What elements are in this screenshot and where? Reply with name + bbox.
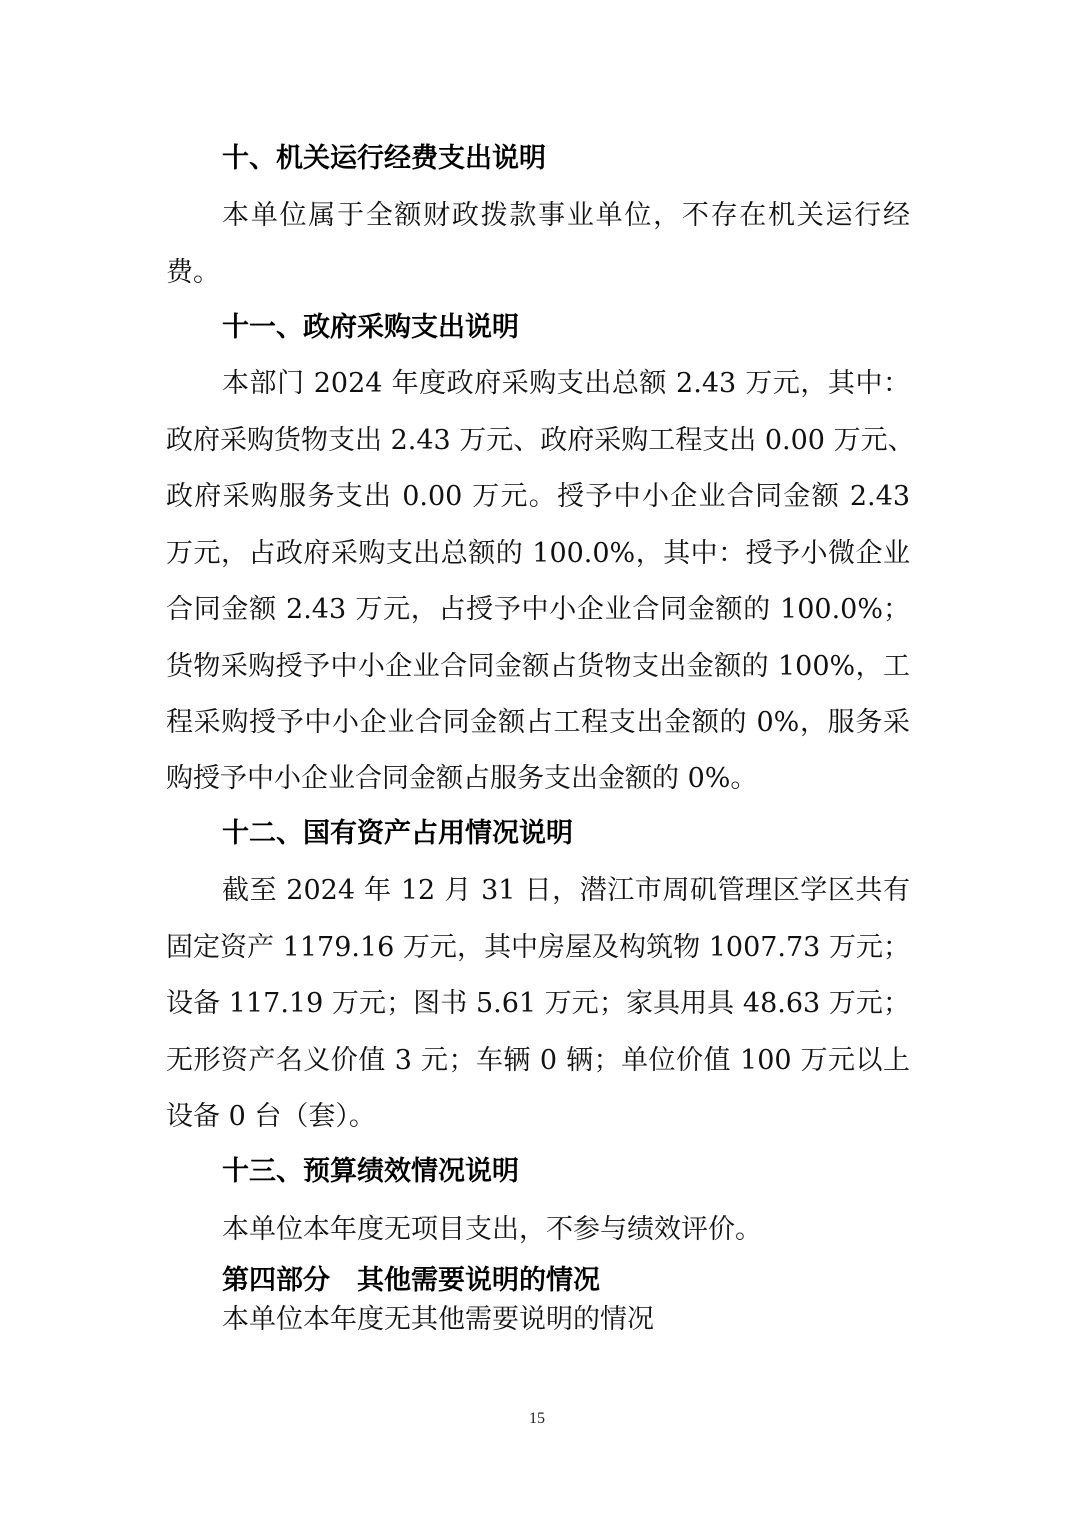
paragraph-line: 固定资产 1179.16 万元，其中房屋及构筑物 1007.73 万元； bbox=[166, 931, 910, 965]
paragraph-line: 合同金额 2.43 万元，占授予中小企业合同金额的 100.0%； bbox=[166, 593, 910, 627]
section-heading-10: 十、机关运行经费支出说明 bbox=[222, 142, 546, 176]
paragraph-line: 政府采购服务支出 0.00 万元。授予中小企业合同金额 2.43 bbox=[166, 480, 910, 514]
paragraph-line: 程采购授予中小企业合同金额占工程支出金额的 0%，服务采 bbox=[166, 706, 910, 740]
paragraph-line: 本部门 2024 年度政府采购支出总额 2.43 万元，其中： bbox=[222, 367, 910, 401]
paragraph-line: 设备 0 台（套）。 bbox=[166, 1100, 910, 1134]
paragraph-line: 设备 117.19 万元；图书 5.61 万元；家具用具 48.63 万元； bbox=[166, 987, 910, 1021]
section-heading-12: 十二、国有资产占用情况说明 bbox=[222, 817, 573, 851]
paragraph-line: 截至 2024 年 12 月 31 日，潜江市周矶管理区学区共有 bbox=[222, 874, 910, 908]
paragraph-line: 本单位属于全额财政拨款事业单位，不存在机关运行经 bbox=[222, 199, 910, 233]
part-four-heading: 第四部分 其他需要说明的情况 bbox=[222, 1264, 600, 1298]
document-page: 十、机关运行经费支出说明 本单位属于全额财政拨款事业单位，不存在机关运行经 费。… bbox=[0, 0, 1074, 1520]
paragraph-line: 政府采购货物支出 2.43 万元、政府采购工程支出 0.00 万元、 bbox=[166, 424, 910, 458]
paragraph-line: 本单位本年度无其他需要说明的情况 bbox=[222, 1303, 910, 1337]
section-heading-13: 十三、预算绩效情况说明 bbox=[222, 1155, 519, 1189]
page-number: 15 bbox=[0, 1410, 1074, 1428]
paragraph-line: 万元，占政府采购支出总额的 100.0%，其中：授予小微企业 bbox=[166, 537, 910, 571]
paragraph-line: 本单位本年度无项目支出，不参与绩效评价。 bbox=[222, 1213, 910, 1247]
paragraph-line: 费。 bbox=[166, 256, 910, 290]
section-heading-11: 十一、政府采购支出说明 bbox=[222, 311, 519, 345]
paragraph-line: 无形资产名义价值 3 元；车辆 0 辆；单位价值 100 万元以上 bbox=[166, 1044, 910, 1078]
paragraph-line: 购授予中小企业合同金额占服务支出金额的 0%。 bbox=[166, 762, 910, 796]
paragraph-line: 货物采购授予中小企业合同金额占货物支出金额的 100%，工 bbox=[166, 650, 910, 684]
